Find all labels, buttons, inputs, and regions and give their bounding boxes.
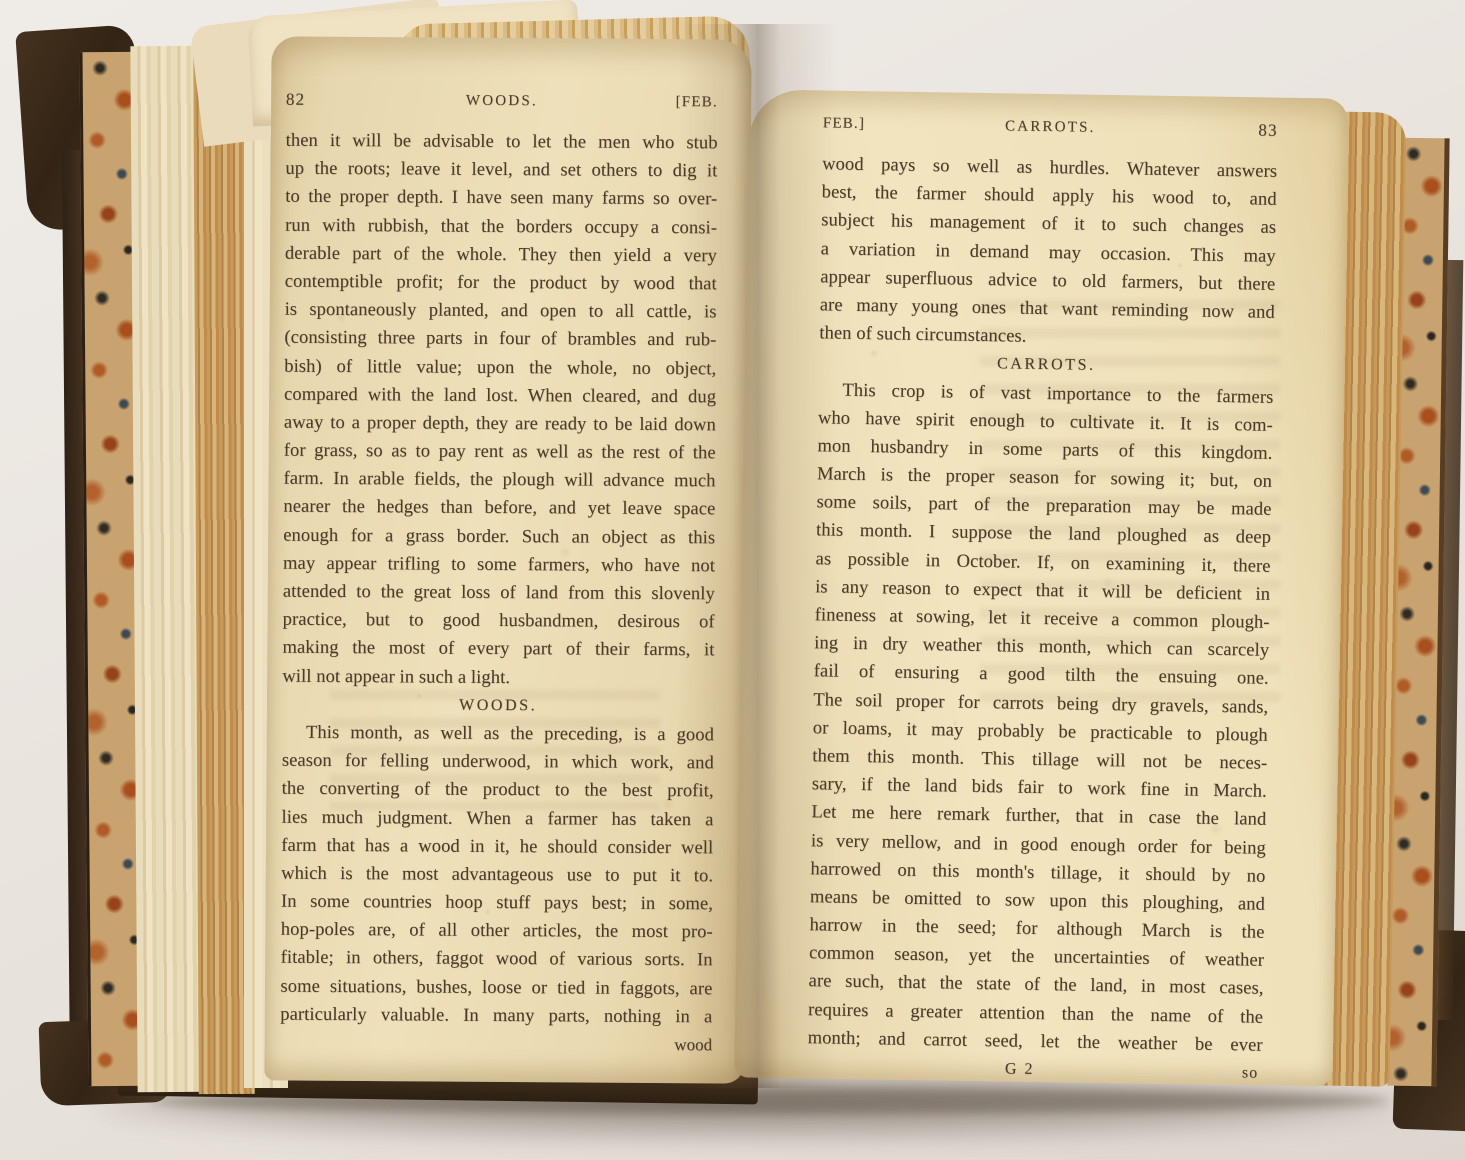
text-line: particularly valuable. In many parts, no… [280,1000,712,1031]
text-line: bish) of little value; upon the whole, n… [284,352,716,383]
text-line: making the most of every part of their f… [282,634,714,665]
right-catchword: so [1242,1059,1259,1087]
text-line: nearer the hedges than before, and yet l… [283,493,715,524]
left-paragraph-woods: This month, as well as the preceding, is… [280,719,714,1032]
right-page-text: FEB.] CARROTS. 83 wood pays so well as h… [807,108,1278,1088]
text-line: practice, but to good husbandmen, desiro… [283,606,715,637]
left-catchword: wood [280,1029,712,1060]
text-line: This month, as well as the preceding, is… [282,719,714,750]
left-running-header: 82 WOODS. [FEB. [286,85,718,118]
right-page-number: 83 [1258,116,1278,146]
text-line: farm. In arable fields, the plough will … [283,465,715,496]
text-line: up the roots; leave it level, and set ot… [285,155,717,186]
text-line: farm that has a wood in it, he should co… [281,831,713,862]
left-header-month: [FEB. [676,87,718,117]
text-line: compared with the land lost. When cleare… [284,380,716,411]
text-line: may appear trifling to some farmers, who… [283,549,715,580]
text-line: lies much judgment. When a farmer has ta… [281,803,713,834]
text-line: to the proper depth. I have seen many fa… [285,183,717,214]
left-page-text: 82 WOODS. [FEB. then it will be advisabl… [280,85,718,1060]
right-running-header: FEB.] CARROTS. 83 [823,108,1278,146]
right-paragraph-carrots: This crop is of vast importance to the f… [807,376,1273,1060]
text-line: which is the most advantageous use to pu… [281,860,713,891]
text-line: season for felling underwood, in which w… [282,747,714,778]
left-paragraph-continued: then it will be advisable to let the men… [282,127,717,693]
text-line: hop-poles are, of all other articles, th… [281,916,713,947]
book-photograph: 82 WOODS. [FEB. then it will be advisabl… [0,0,1465,1160]
text-line: derable part of the whole. They then yie… [285,239,717,270]
text-line: is spontaneously planted, and open to al… [285,296,717,327]
text-line: (consisting three parts in four of bramb… [284,324,716,355]
text-line: attended to the great loss of land from … [283,578,715,609]
text-line: then it will be advisable to let the men… [286,127,718,158]
section-heading-woods: WOODS. [282,690,714,721]
text-line: In some countries hoop stuff pays best; … [281,888,713,919]
text-line: away to a proper depth, they are ready t… [284,409,716,440]
text-line: contemptible profit; for the product by … [285,268,717,299]
text-line: enough for a grass border. Such an objec… [283,521,715,552]
right-paragraph-continued: wood pays so well as hurdles. Whatever a… [819,150,1277,355]
text-line: some situations, bushes, loose or tied i… [280,972,712,1003]
text-line: will not appear in such a light. [282,662,714,693]
text-line: for grass, so as to pay rent as well as … [284,437,716,468]
left-running-title: WOODS. [286,85,718,118]
right-running-title: CARROTS. [823,108,1278,146]
text-line: run with rubbish, that the borders occup… [285,211,717,242]
text-line: fitable; in others, faggot wood of vario… [281,944,713,975]
text-line: the converting of the product to the bes… [282,775,714,806]
